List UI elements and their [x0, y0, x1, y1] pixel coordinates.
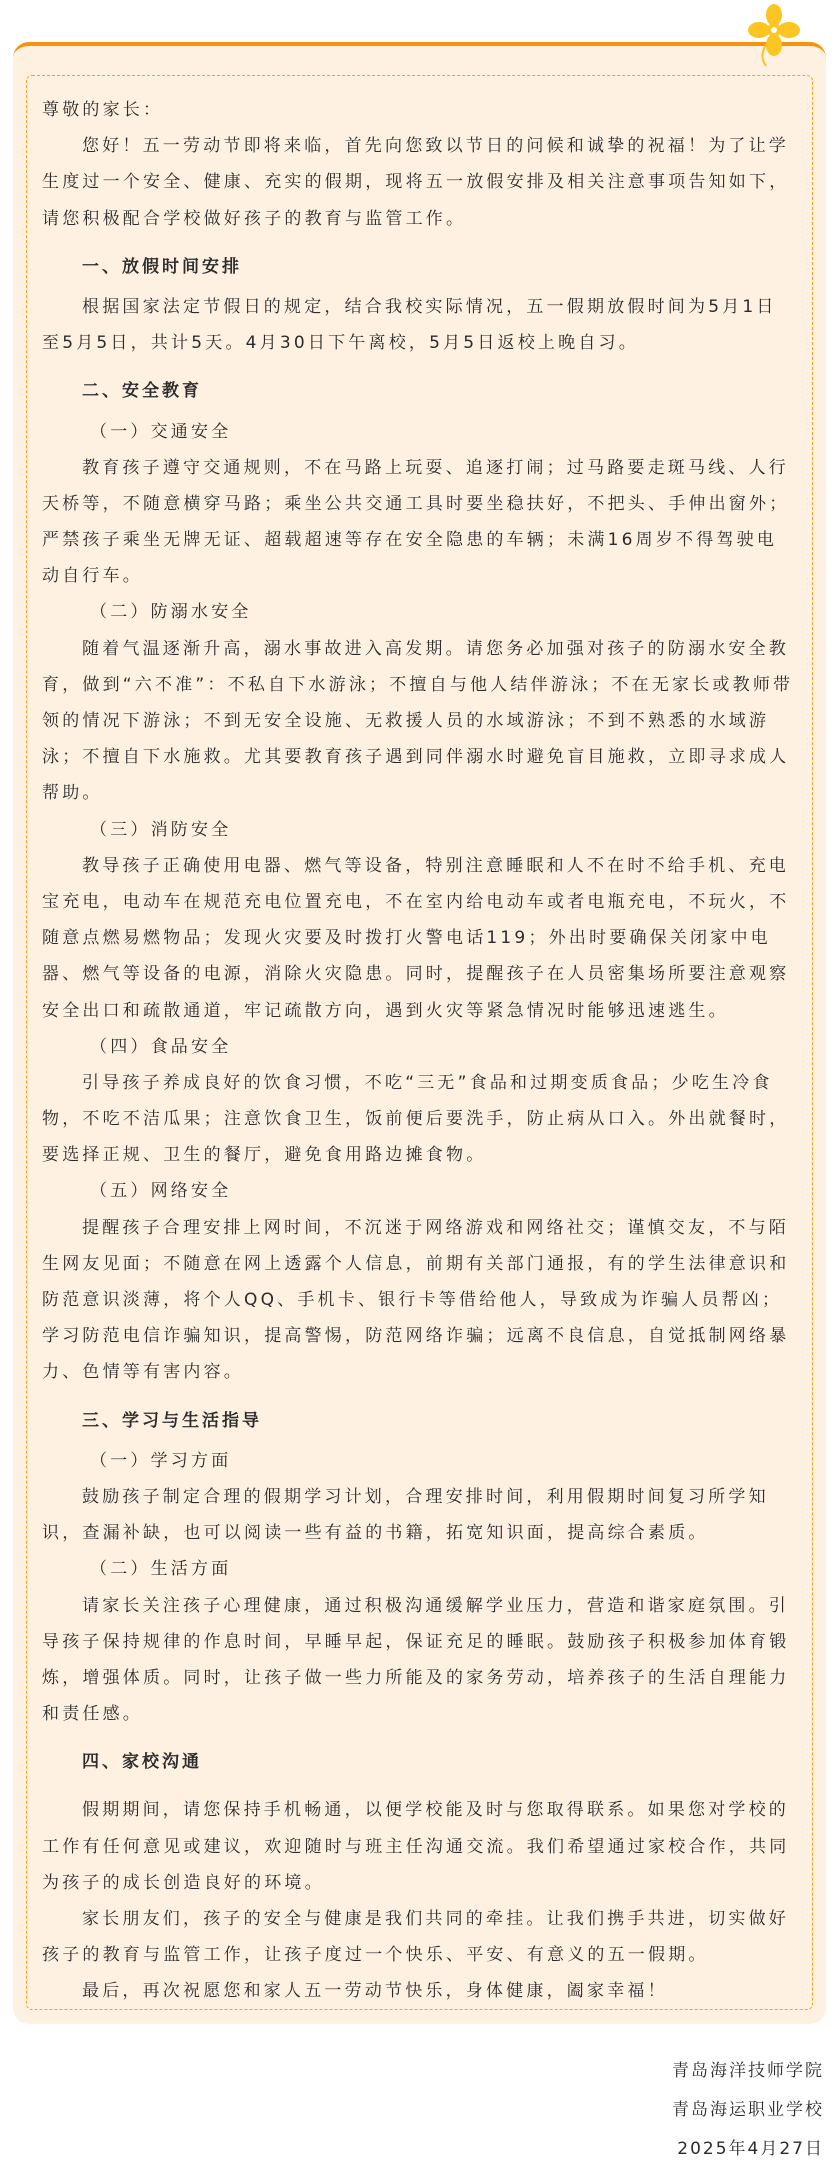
subsection-title: （五）网络安全 — [42, 1173, 802, 1209]
greeting: 尊敬的家长： — [42, 92, 802, 128]
section-heading: 四、家校沟通 — [42, 1744, 802, 1780]
paragraph-line: 提醒孩子合理安排上网时间，不沉迷于网络游戏和网络社交；谨慎交友，不与陌 — [42, 1210, 802, 1246]
paragraph-line: 器、燃气等设备的电源，消除火灾隐患。同时，提醒孩子在人员密集场所要注意观察 — [42, 956, 802, 992]
signature-date: 2025年4月27日 — [677, 2131, 824, 2167]
paragraph-line: 安全出口和疏散通道，牢记疏散方向，遇到火灾等紧急情况时能够迅速逃生。 — [42, 993, 802, 1029]
paragraph-line: 孩子的教育与监管工作，让孩子度过一个快乐、平安、有意义的五一假期。 — [42, 1937, 802, 1973]
paragraph-line: 力、色情等有害内容。 — [42, 1354, 802, 1390]
signature-org-1: 青岛海洋技师学院 — [672, 2053, 824, 2089]
paragraph-line: 和责任感。 — [42, 1696, 802, 1732]
paragraph-line: 学习防范电信诈骗知识，提高警惕，防范网络诈骗；远离不良信息，自觉抵制网络暴 — [42, 1318, 802, 1354]
subsection-title: （一）交通安全 — [42, 414, 802, 450]
paragraph-line: 家长朋友们，孩子的安全与健康是我们共同的牵挂。让我们携手共进，切实做好 — [42, 1901, 802, 1937]
yellow-flower-icon — [744, 4, 804, 68]
paragraph-line: 假期期间，请您保持手机畅通，以便学校能及时与您取得联系。如果您对学校的 — [42, 1792, 802, 1828]
paragraph-line: 帮助。 — [42, 775, 802, 811]
subsection-title: （一）学习方面 — [42, 1443, 802, 1479]
paragraph-line: 为孩子的成长创造良好的环境。 — [42, 1865, 802, 1901]
paragraph-line: 领的情况下游泳；不到无安全设施、无救援人员的水域游泳；不到不熟悉的水域游 — [42, 703, 802, 739]
paragraph-line: 炼，增强体质。同时，让孩子做一些力所能及的家务劳动，培养孩子的生活自理能力 — [42, 1660, 802, 1696]
notice-content: 尊敬的家长： 您好！五一劳动节即将来临，首先向您致以节日的问候和诚挚的祝福！为了… — [42, 92, 802, 2010]
paragraph-line: 请家长关注孩子心理健康，通过积极沟通缓解学业压力，营造和谐家庭氛围。引 — [42, 1588, 802, 1624]
paragraph-line: 动自行车。 — [42, 558, 802, 594]
paragraph-line: 宝充电，电动车在规范充电位置充电，不在室内给电动车或者电瓶充电，不玩火，不 — [42, 884, 802, 920]
section-heading: 一、放假时间安排 — [42, 249, 802, 285]
intro-line: 您好！五一劳动节即将来临，首先向您致以节日的问候和诚挚的祝福！为了让学 — [42, 128, 802, 164]
paragraph-line: 物，不吃不洁瓜果；注意饮食卫生，饭前便后要洗手，防止病从口入。外出就餐时， — [42, 1101, 802, 1137]
paragraph-line: 防范意识淡薄，将个人QQ、手机卡、银行卡等借给他人，导致成为诈骗人员帮凶； — [42, 1282, 802, 1318]
paragraph-line: 随意点燃易燃物品；发现火灾要及时拨打火警电话119；外出时要确保关闭家中电 — [42, 920, 802, 956]
section-heading: 三、学习与生活指导 — [42, 1403, 802, 1439]
paragraph-line: 随着气温逐渐升高，溺水事故进入高发期。请您务必加强对孩子的防溺水安全教 — [42, 631, 802, 667]
subsection-title: （四）食品安全 — [42, 1029, 802, 1065]
paragraph-line: 泳；不擅自下水施救。尤其要教育孩子遇到同伴溺水时避免盲目施救，立即寻求成人 — [42, 739, 802, 775]
section-heading: 二、安全教育 — [42, 373, 802, 409]
subsection-title: （三）消防安全 — [42, 812, 802, 848]
intro-line: 请您积极配合学校做好孩子的教育与监管工作。 — [42, 201, 802, 237]
paragraph-line: 教导孩子正确使用电器、燃气等设备，特别注意睡眠和人不在时不给手机、充电 — [42, 848, 802, 884]
paragraph-line: 识，查漏补缺，也可以阅读一些有益的书籍，拓宽知识面，提高综合素质。 — [42, 1515, 802, 1551]
paragraph-line: 教育孩子遵守交通规则，不在马路上玩耍、追逐打闹；过马路要走斑马线、人行 — [42, 450, 802, 486]
paragraph-line: 生网友见面；不随意在网上透露个人信息，前期有关部门通报，有的学生法律意识和 — [42, 1246, 802, 1282]
paragraph-line: 育，做到“六不准”：不私自下水游泳；不擅自与他人结伴游泳；不在无家长或教师带 — [42, 667, 802, 703]
paragraph-line: 工作有任何意见或建议，欢迎随时与班主任沟通交流。我们希望通过家校合作，共同 — [42, 1829, 802, 1865]
paragraph-line: 导孩子保持规律的作息时间，早睡早起，保证充足的睡眠。鼓励孩子积极参加体育锻 — [42, 1624, 802, 1660]
paragraph-line: 至5月5日，共计5天。4月30日下午离校，5月5日返校上晚自习。 — [42, 325, 802, 361]
closing-line: 最后，再次祝愿您和家人五一劳动节快乐，身体健康，阖家幸福！ — [42, 1973, 802, 2009]
subsection-title: （二）生活方面 — [42, 1551, 802, 1587]
paragraph-line: 引导孩子养成良好的饮食习惯，不吃“三无”食品和过期变质食品；少吃生冷食 — [42, 1065, 802, 1101]
signature-org-2: 青岛海运职业学校 — [672, 2092, 824, 2128]
intro-line: 生度过一个安全、健康、充实的假期，现将五一放假安排及相关注意事项告知如下， — [42, 164, 802, 200]
paragraph-line: 严禁孩子乘坐无牌无证、超载超速等存在安全隐患的车辆；未满16周岁不得驾驶电 — [42, 522, 802, 558]
paragraph-line: 天桥等，不随意横穿马路；乘坐公共交通工具时要坐稳扶好，不把头、手伸出窗外； — [42, 486, 802, 522]
paragraph-line: 根据国家法定节假日的规定，结合我校实际情况，五一假期放假时间为5月1日 — [42, 289, 802, 325]
paragraph-line: 鼓励孩子制定合理的假期学习计划，合理安排时间，利用假期时间复习所学知 — [42, 1479, 802, 1515]
paragraph-line: 要选择正规、卫生的餐厅，避免食用路边摊食物。 — [42, 1137, 802, 1173]
subsection-title: （二）防溺水安全 — [42, 594, 802, 630]
